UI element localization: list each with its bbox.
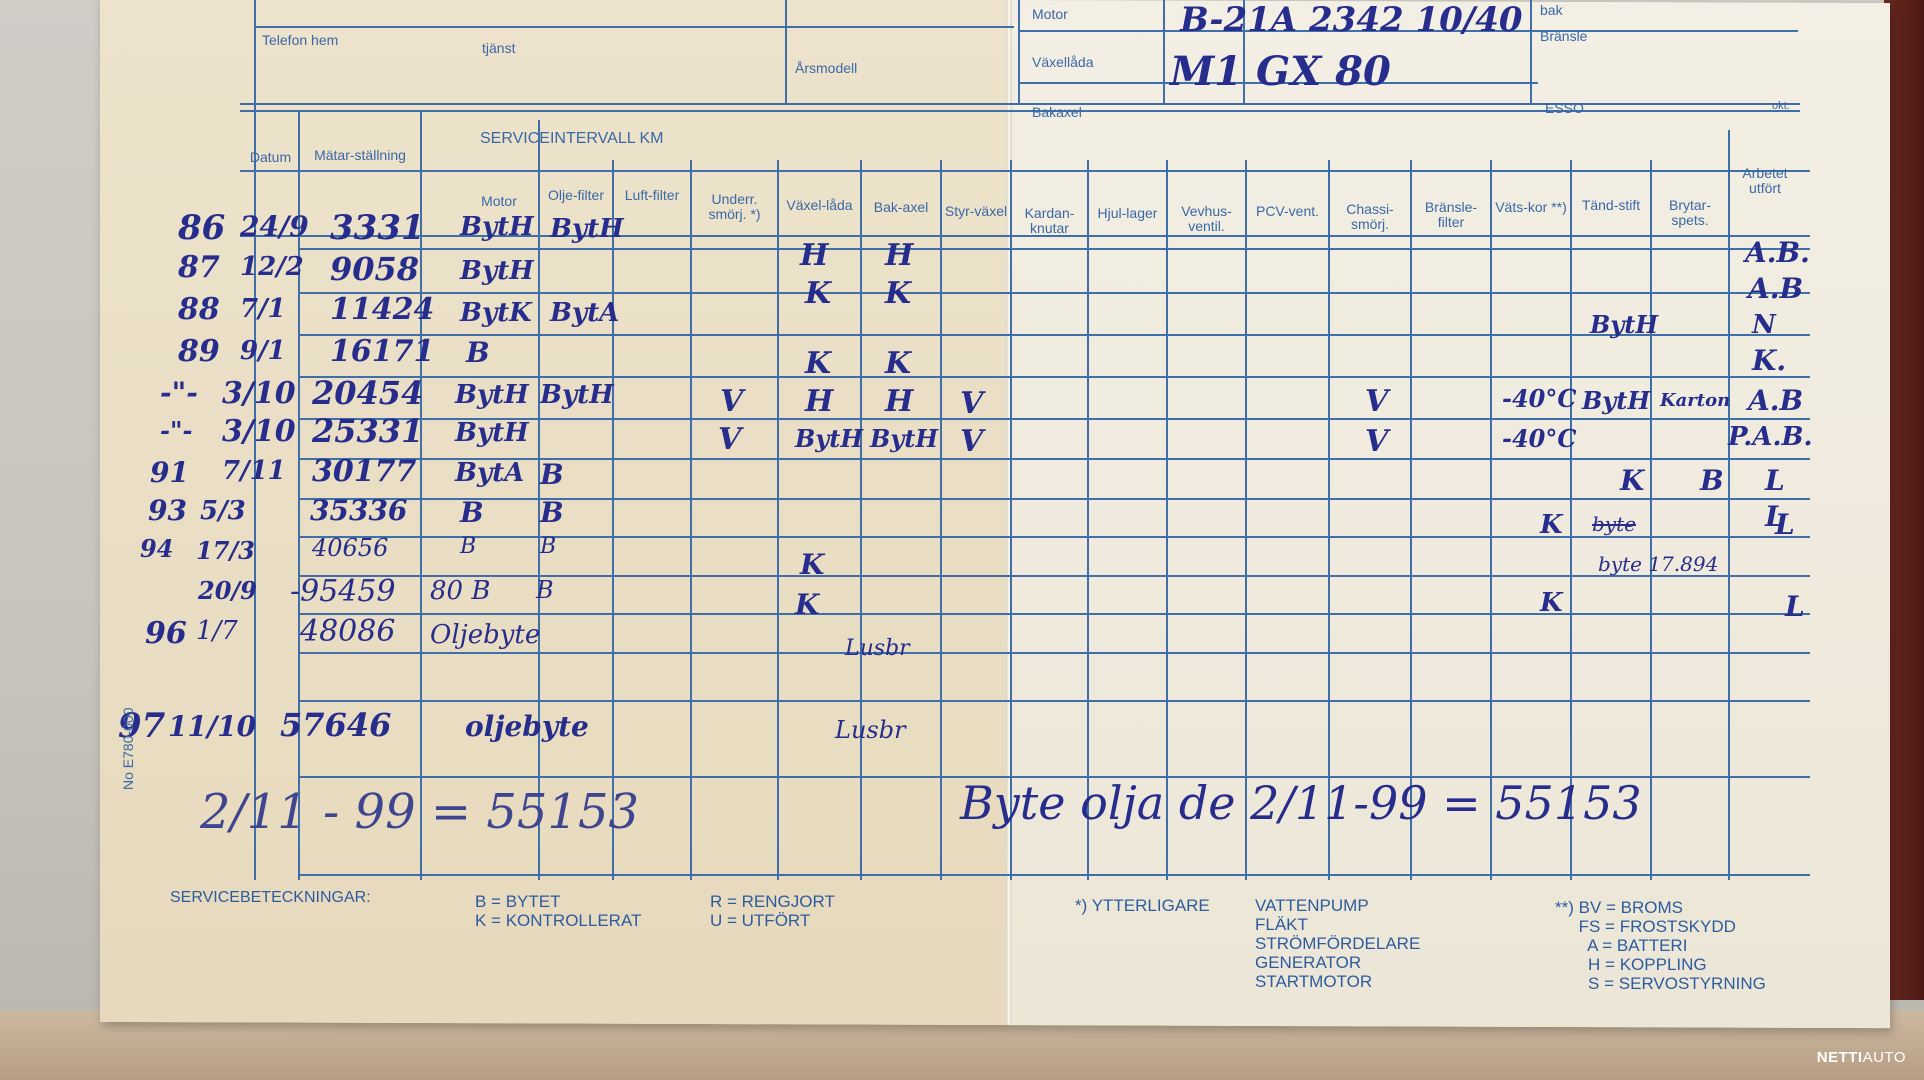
row-chassi: V bbox=[1365, 424, 1388, 459]
row-date: 17/3 bbox=[196, 536, 255, 565]
col-line bbox=[1245, 160, 1247, 880]
row-arbetet: A.B. bbox=[1745, 236, 1810, 269]
row-underr: V bbox=[718, 422, 741, 457]
label-bransle: Bränsle bbox=[1540, 28, 1587, 44]
row-chassi: V bbox=[1365, 384, 1388, 419]
label-esso: ESSO bbox=[1545, 100, 1584, 116]
row-oljefilter: B bbox=[540, 534, 556, 559]
row-year: 91 bbox=[150, 456, 189, 489]
section-title: SERVICEINTERVALL KM bbox=[480, 130, 663, 148]
row-oljefilter: BytA bbox=[550, 298, 619, 328]
row-motor: BytA bbox=[455, 458, 524, 488]
label-arsmodell: Årsmodell bbox=[795, 60, 857, 76]
row-year: 87 bbox=[178, 250, 220, 285]
header-divider-3 bbox=[1163, 0, 1165, 103]
header-divider-5 bbox=[1530, 0, 1532, 103]
row-line bbox=[298, 292, 1810, 294]
row-oljefilter: B bbox=[540, 496, 564, 529]
row-tandstift: K bbox=[1620, 464, 1644, 497]
label-vaxellada: Växellåda bbox=[1032, 54, 1094, 70]
row-styrvaxel: V bbox=[960, 424, 983, 459]
row-arbetet: A.B bbox=[1748, 272, 1803, 305]
row-line bbox=[298, 248, 1810, 250]
row-vaxellada: H bbox=[805, 384, 833, 419]
col-line bbox=[1166, 160, 1168, 880]
row-date: 9/1 bbox=[240, 336, 286, 366]
row-vatskor: -40°C bbox=[1502, 384, 1576, 413]
row-motor: 80 B bbox=[430, 576, 490, 606]
col-header-hjullager: Hjul-lager bbox=[1089, 206, 1166, 221]
row-tandstift: BytH bbox=[1582, 386, 1650, 415]
row-year: 88 bbox=[178, 292, 220, 327]
row-date: 7/11 bbox=[222, 456, 286, 486]
label-telefon-hem: Telefon hem bbox=[262, 32, 338, 48]
row-motor: oljebyte bbox=[465, 710, 589, 743]
row-date: 11/10 bbox=[168, 710, 256, 743]
row-underr: V bbox=[720, 384, 743, 419]
col-line bbox=[860, 160, 862, 880]
row-year: -"- bbox=[160, 376, 198, 409]
row-oljefilter: BytH bbox=[550, 214, 624, 244]
col-header-oljefilter: Olje-filter bbox=[540, 188, 612, 203]
col-header-matarstallning: Mätar-ställning bbox=[300, 148, 420, 163]
row-km: 11424 bbox=[330, 292, 434, 327]
legend-col1: B = BYTET K = KONTROLLERAT bbox=[475, 892, 641, 930]
col-header-kardanknutar: Kardan-knutar bbox=[1012, 206, 1087, 236]
row-km: 3331 bbox=[330, 208, 425, 248]
row-oljefilter: BytH bbox=[540, 380, 614, 410]
col-line bbox=[1010, 160, 1012, 880]
row-motor: B bbox=[466, 336, 490, 369]
row-date: 24/9 bbox=[240, 210, 309, 243]
row-arbetet: K. bbox=[1752, 344, 1786, 377]
row-vatskor: K bbox=[1540, 588, 1563, 618]
row-motor: BytK bbox=[460, 298, 532, 328]
row-oljefilter: B bbox=[536, 576, 554, 604]
row-motor: BytH bbox=[455, 380, 529, 410]
row-date: 1/7 bbox=[196, 616, 238, 646]
row-year: 96 bbox=[145, 616, 187, 651]
col-line bbox=[777, 160, 779, 880]
row-vaxellada: H bbox=[800, 238, 828, 273]
watermark-part2: AUTO bbox=[1863, 1049, 1906, 1066]
row-arbetet: L bbox=[1775, 508, 1795, 541]
vaxellada-value: M1 GX 80 bbox=[1170, 48, 1391, 95]
row-km: 48086 bbox=[300, 614, 395, 649]
row-vaxellada: BytH bbox=[795, 424, 863, 453]
row-vaxellada: K bbox=[805, 346, 831, 381]
label-bakaxel: Bakaxel bbox=[1032, 104, 1082, 120]
row-km: 30177 bbox=[312, 454, 416, 489]
row-year: 93 bbox=[148, 494, 187, 527]
row-arbetet: P.A.B. bbox=[1728, 422, 1813, 452]
row-bakaxel: K bbox=[885, 276, 911, 311]
label-okt: okt. bbox=[1772, 100, 1790, 112]
row-year: 89 bbox=[178, 334, 220, 369]
col-line bbox=[690, 160, 692, 880]
row-line bbox=[298, 334, 1810, 336]
col-header-luftfilter: Luft-filter bbox=[614, 188, 690, 203]
label-motor: Motor bbox=[1032, 6, 1068, 22]
col-line bbox=[1410, 160, 1412, 880]
row-vaxellada: K bbox=[805, 276, 831, 311]
row-tandstift: BytH bbox=[1590, 310, 1658, 339]
col-line bbox=[940, 160, 942, 880]
row-vaxellada-note: Lusbr bbox=[845, 636, 910, 661]
row-bakaxel: BytH bbox=[870, 424, 938, 453]
row-arbetet: N bbox=[1752, 310, 1776, 340]
col-header-chassi: Chassi-smörj. bbox=[1330, 202, 1410, 232]
label-tjanst: tjänst bbox=[482, 40, 515, 56]
col-line bbox=[1650, 160, 1652, 880]
row-arbetet: L bbox=[1785, 590, 1805, 623]
col-header-datum: Datum bbox=[243, 150, 298, 165]
col-line bbox=[1490, 160, 1492, 880]
nettiauto-watermark: NETTIAUTO bbox=[1817, 1049, 1906, 1066]
row-bakaxel: K bbox=[885, 346, 911, 381]
row-line bbox=[298, 575, 1810, 577]
row-tandstift: byte bbox=[1592, 512, 1636, 536]
red-booklet-edge bbox=[1884, 0, 1924, 1000]
col-header-underr: Underr. smörj. *) bbox=[692, 192, 777, 222]
row-vaxellada-note-2: Lusbr bbox=[835, 716, 906, 744]
col-header-tandstift: Tänd-stift bbox=[1572, 198, 1650, 213]
col-header-branslefilter: Bränsle-filter bbox=[1412, 200, 1490, 230]
row-line bbox=[298, 700, 1810, 702]
row-brytar: B bbox=[1700, 464, 1724, 497]
row-line bbox=[298, 652, 1810, 654]
row-motor: B bbox=[460, 534, 476, 559]
row-year: -"- bbox=[160, 416, 192, 445]
watermark-part1: NETTI bbox=[1817, 1049, 1863, 1066]
row-motor: BytH bbox=[460, 256, 534, 286]
col-header-styrvaxel: Styr-växel bbox=[942, 204, 1010, 219]
row-date: 3/10 bbox=[222, 376, 296, 411]
col-line bbox=[1328, 160, 1330, 880]
row-vatskor: K bbox=[1540, 510, 1563, 540]
row-brytar: Karton bbox=[1660, 390, 1730, 411]
col-header-vevhusventil: Vevhus-ventil. bbox=[1168, 204, 1245, 234]
col-line bbox=[1087, 160, 1089, 880]
col-header-brytarspets: Brytar-spets. bbox=[1652, 198, 1728, 228]
row-arbetet: L bbox=[1765, 464, 1785, 497]
row-line bbox=[298, 458, 1810, 460]
row-date: 7/1 bbox=[240, 294, 286, 324]
legend-col2: R = RENGJORT U = UTFÖRT bbox=[710, 892, 835, 930]
row-motor: BytH bbox=[460, 212, 534, 242]
col-line bbox=[1728, 130, 1730, 880]
row-km: 9058 bbox=[330, 250, 419, 288]
row-bakaxel: H bbox=[885, 384, 913, 419]
row-motor: BytH bbox=[455, 418, 529, 448]
col-line bbox=[612, 160, 614, 880]
row-oljefilter: B bbox=[540, 458, 564, 491]
row-bakaxel: H bbox=[885, 238, 913, 273]
serial-number: No E780-000 bbox=[120, 707, 136, 790]
row-motor: B bbox=[460, 496, 484, 529]
label-bak: bak bbox=[1540, 2, 1563, 18]
header-divider-2 bbox=[1018, 0, 1020, 103]
row-vaxellada: K bbox=[800, 548, 824, 581]
row-date: 12/2 bbox=[240, 252, 304, 282]
legend-col4: **) BV = BROMS FS = FROSTSKYDD A = BATTE… bbox=[1555, 898, 1766, 993]
row-year: 94 bbox=[140, 534, 173, 563]
row-km: 25331 bbox=[312, 412, 423, 450]
legend-title: SERVICEBETECKNINGAR: bbox=[170, 888, 371, 907]
row-date: 5/3 bbox=[200, 496, 246, 526]
row-date: 3/10 bbox=[222, 414, 296, 449]
row-line bbox=[298, 498, 1810, 500]
bottom-row-left: 2/11 - 99 = 55153 bbox=[200, 784, 639, 840]
legend-col3-title: *) YTTERLIGARE bbox=[1075, 896, 1210, 915]
row-date: 20/9 bbox=[198, 576, 257, 605]
row-line bbox=[298, 376, 1810, 378]
col-header-pcv: PCV-vent. bbox=[1247, 204, 1328, 219]
row-year: 86 bbox=[178, 208, 225, 248]
row-km: 35336 bbox=[310, 494, 407, 527]
col-header-vatskor: Väts-kor **) bbox=[1492, 200, 1570, 215]
row-styrvaxel: V bbox=[960, 386, 983, 421]
col-header-motor: Motor bbox=[460, 194, 538, 209]
legend-col3: VATTENPUMP FLÄKT STRÖMFÖRDELARE GENERATO… bbox=[1255, 896, 1420, 991]
row-line bbox=[298, 613, 1810, 615]
bottom-row-right: Byte olja de 2/11-99 = 55153 bbox=[960, 776, 1642, 830]
header-line bbox=[254, 26, 1014, 28]
motor-value: B-21A 2342 10/40 bbox=[1180, 0, 1523, 40]
row-km: -95459 bbox=[290, 574, 396, 609]
row-arbetet: A.B bbox=[1748, 384, 1803, 417]
row-km: 20454 bbox=[312, 374, 423, 412]
table-top bbox=[240, 170, 1810, 172]
col-header-arbetet: Arbetet utfört bbox=[1730, 166, 1800, 196]
row-vaxellada: K bbox=[795, 588, 819, 621]
header-divider bbox=[785, 0, 787, 103]
col-header-bakaxel: Bak-axel bbox=[862, 200, 940, 215]
row-km: 57646 bbox=[280, 706, 391, 744]
row-line bbox=[298, 536, 1810, 538]
row-tandstift: byte 17.894 bbox=[1598, 552, 1718, 576]
col-header-vaxellada: Växel-låda bbox=[779, 198, 860, 213]
row-vatskor: -40°C bbox=[1502, 424, 1576, 453]
row-motor: Oljebyte bbox=[430, 620, 540, 650]
col-line bbox=[1570, 160, 1572, 880]
row-km: 16171 bbox=[330, 334, 434, 369]
row-km: 40656 bbox=[312, 534, 388, 562]
table-bottom bbox=[298, 874, 1810, 876]
